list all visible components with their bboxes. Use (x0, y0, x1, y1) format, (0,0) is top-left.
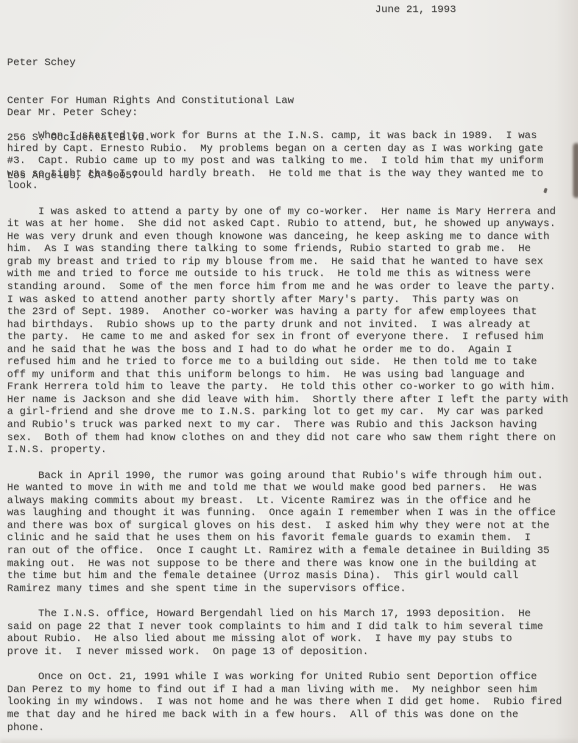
letter-date: June 21, 1993 (375, 4, 456, 17)
paragraph-5: Once on Oct. 21, 1991 while I was workin… (7, 671, 576, 734)
paragraph-2: I was asked to attend a party by one of … (7, 206, 576, 457)
recipient-name: Peter Schey (7, 57, 294, 70)
salutation: Dear Mr. Peter Schey: (7, 107, 138, 120)
paragraph-1: When I started to work for Burns at the … (7, 130, 576, 193)
letter-page: June 21, 1993 Peter Schey Center For Hum… (0, 0, 578, 743)
letter-body: When I started to work for Burns at the … (7, 130, 576, 743)
paragraph-4: The I.N.S. office, Howard Bergendahl lie… (7, 608, 576, 658)
paragraph-3: Back in April 1990, the rumor was going … (7, 470, 576, 595)
scan-edge-mark (573, 143, 578, 198)
recipient-organization: Center For Human Rights And Constitution… (7, 95, 294, 108)
